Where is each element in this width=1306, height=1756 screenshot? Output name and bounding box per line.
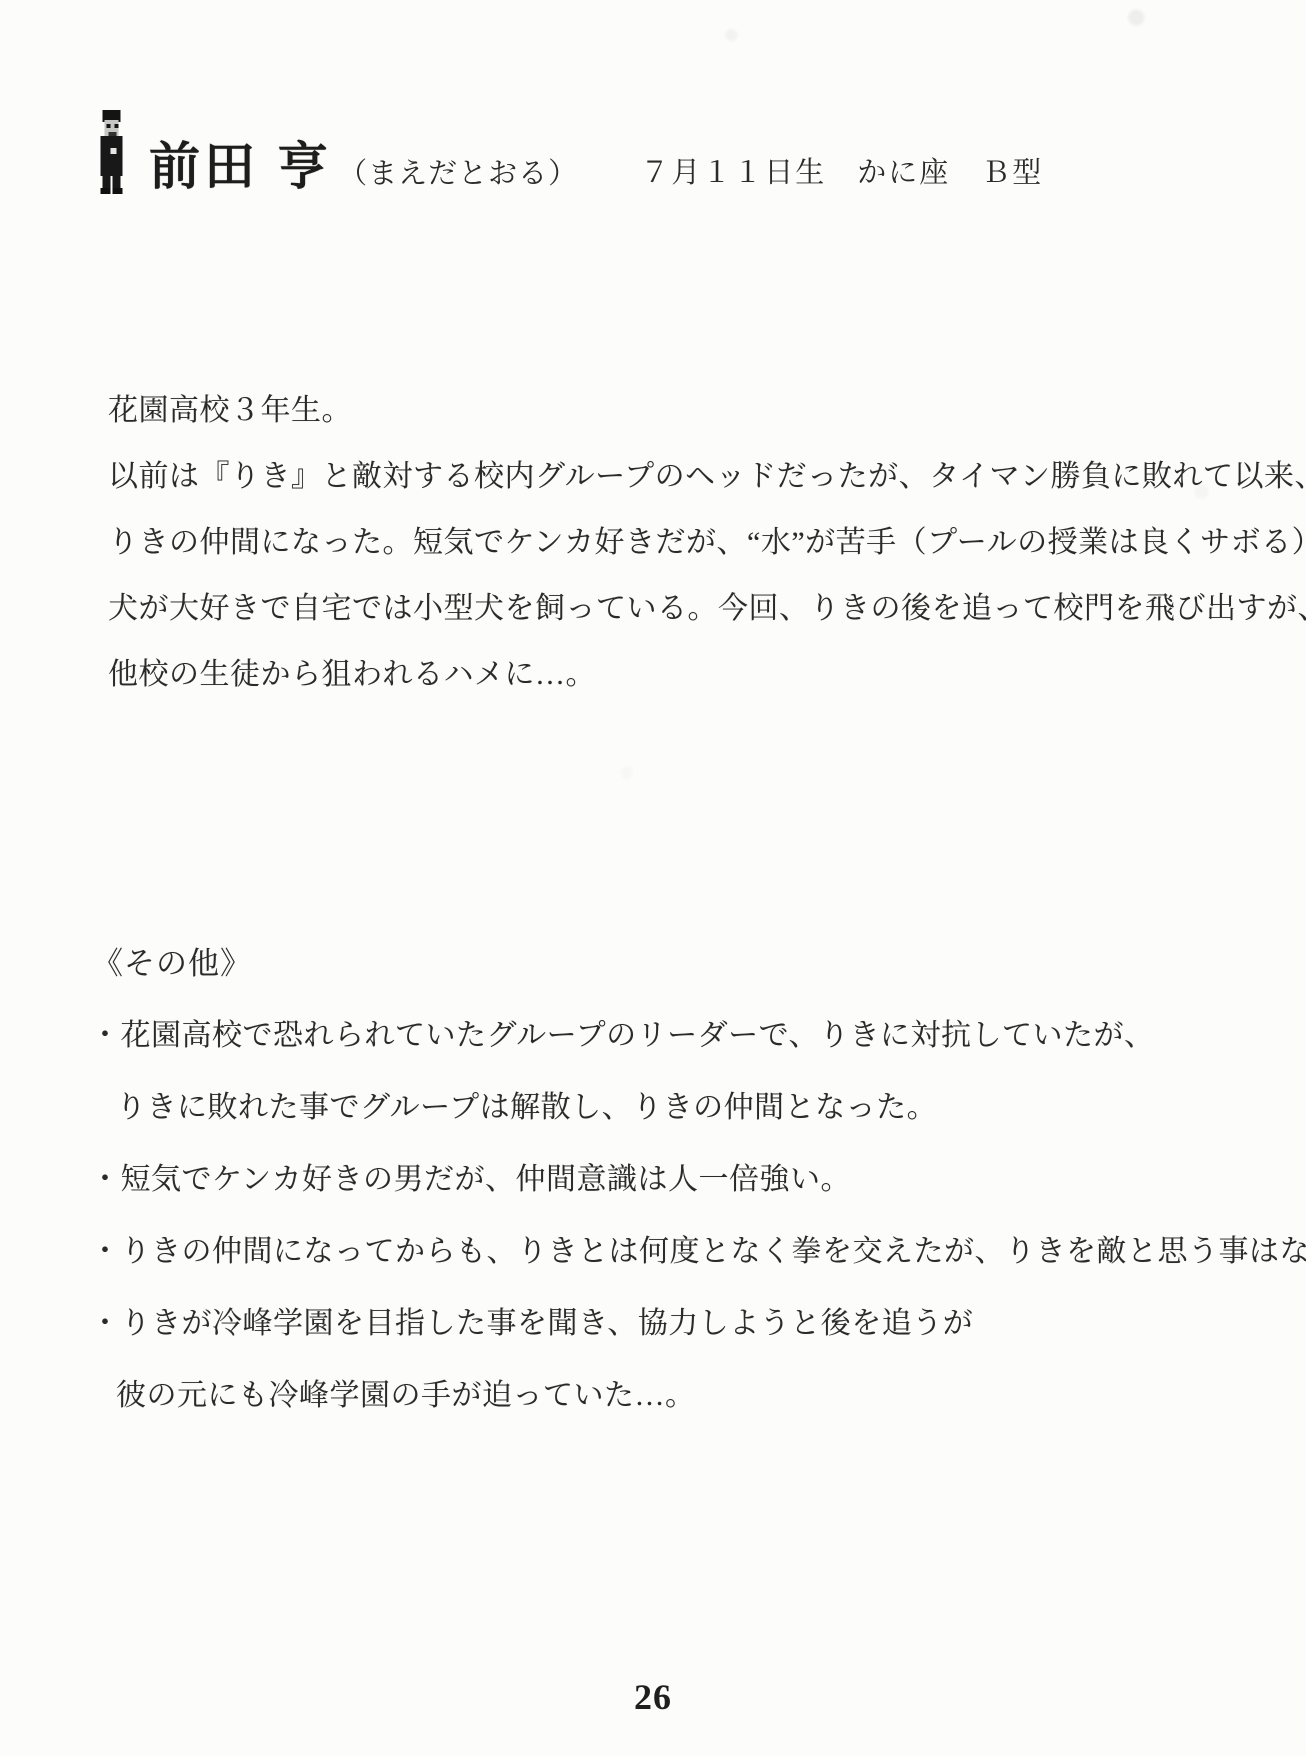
profile-line: 他校の生徒から狙われるハメに…。 [108, 642, 1228, 708]
profile-line: りきの仲間になった。短気でケンカ好きだが、“水”が苦手（プールの授業は良くサボる… [108, 510, 1228, 576]
character-sprite-icon [98, 110, 125, 194]
profile-paragraph: 花園高校３年生。 以前は『りき』と敵対する校内グループのヘッドだったが、タイマン… [108, 378, 1228, 708]
others-section-heading: 《その他》 [92, 938, 252, 983]
scanned-document-page: 前田 亨 （まえだとおる） ７月１１日生 かに座 Ｂ型 花園高校３年生。 以前は… [0, 0, 1306, 1756]
character-birth-info: ７月１１日生 かに座 Ｂ型 [640, 159, 1043, 194]
bullet-line-continuation: りきに敗れた事でグループは解散し、りきの仲間となった。 [90, 1072, 1250, 1144]
bullet-line-continuation: 彼の元にも冷峰学園の手が迫っていた…。 [90, 1360, 1250, 1432]
profile-line: 以前は『りき』と敵対する校内グループのヘッドだったが、タイマン勝負に敗れて以来、 [108, 444, 1228, 510]
profile-line: 犬が大好きで自宅では小型犬を飼っている。今回、りきの後を追って校門を飛び出すが、 [108, 576, 1228, 642]
bullet-line: ・花園高校で恐れられていたグループのリーダーで、りきに対抗していたが、 [90, 1000, 1250, 1072]
page-number: 26 [0, 1676, 1306, 1718]
bullet-line: ・りきが冷峰学園を目指した事を聞き、協力しようと後を追うが [90, 1288, 1250, 1360]
character-header: 前田 亨 （まえだとおる） ７月１１日生 かに座 Ｂ型 [98, 110, 1043, 194]
bullet-line: ・りきの仲間になってからも、りきとは何度となく拳を交えたが、りきを敵と思う事はな… [90, 1216, 1250, 1288]
profile-line: 花園高校３年生。 [108, 378, 1228, 444]
bullet-line: ・短気でケンカ好きの男だが、仲間意識は人一倍強い。 [90, 1144, 1250, 1216]
character-name-reading: （まえだとおる） [338, 160, 578, 194]
others-bullet-list: ・花園高校で恐れられていたグループのリーダーで、りきに対抗していたが、 りきに敗… [90, 1000, 1250, 1432]
character-name: 前田 亨 [149, 141, 332, 194]
